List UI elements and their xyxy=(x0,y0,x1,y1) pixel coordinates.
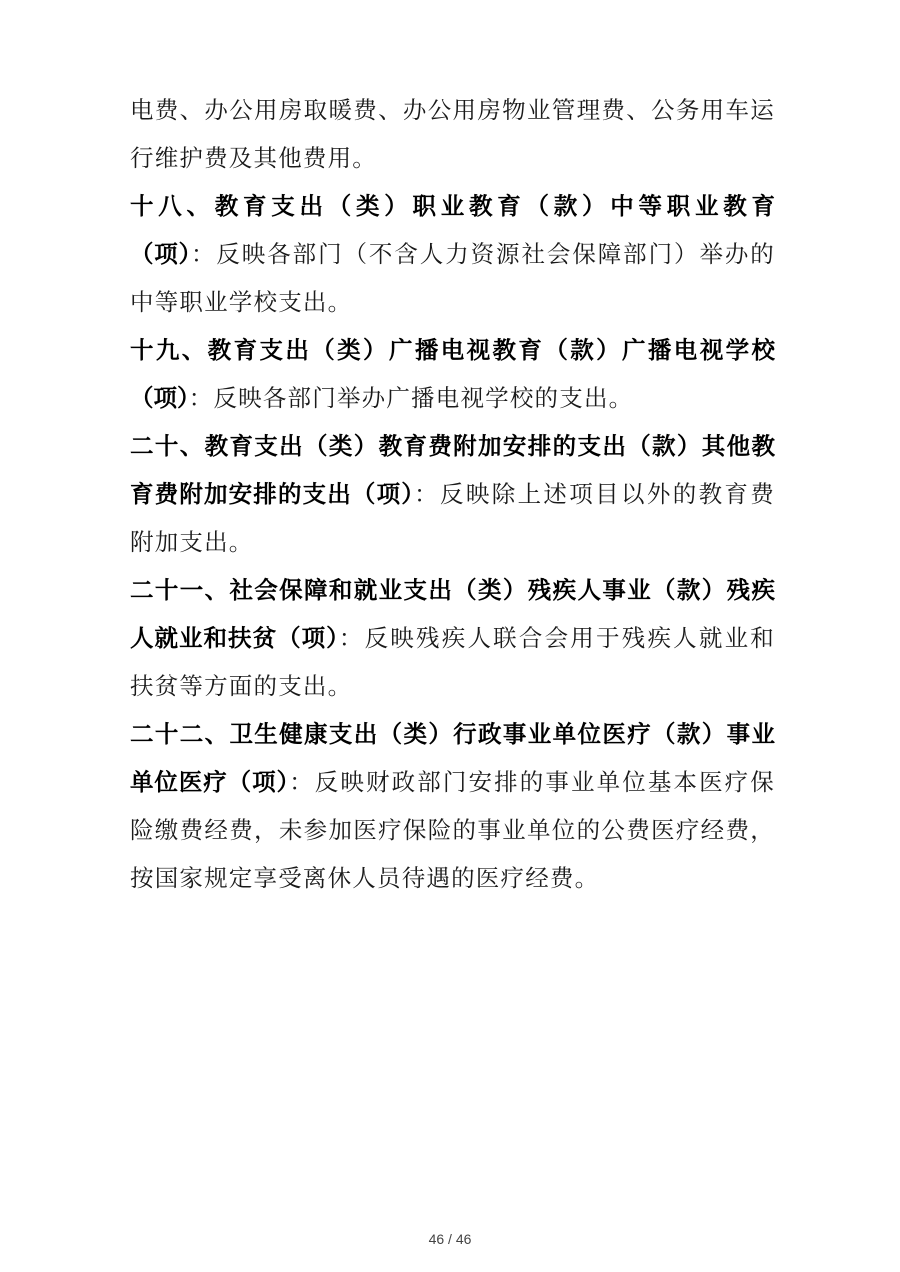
heading-text: 十八、教育支出（类）职业教育（款）中等职业教育 xyxy=(130,192,775,220)
paragraph-line: （项）：反映各部门（不含人力资源社会保障部门）举办的 xyxy=(130,237,775,271)
heading-text: 育费附加安排的支出（项） xyxy=(130,480,414,508)
paragraph-line: 人就业和扶贫（项）：反映残疾人联合会用于残疾人就业和 xyxy=(130,621,775,655)
section-heading-18: 十八、教育支出（类）职业教育（款）中等职业教育 xyxy=(130,189,775,223)
body-text: ：反映各部门（不含人力资源社会保障部门）举办的 xyxy=(191,240,775,268)
document-page: 电费、办公用房取暖费、办公用房物业管理费、公务用车运 行维护费及其他费用。 十八… xyxy=(0,0,900,1272)
paragraph-line: 行维护费及其他费用。 xyxy=(130,141,775,175)
heading-text: （项） xyxy=(130,384,189,412)
section-heading-22: 二十二、卫生健康支出（类）行政事业单位医疗（款）事业 xyxy=(130,717,775,751)
body-text: ：反映残疾人联合会用于残疾人就业和 xyxy=(339,624,775,652)
heading-text: 人就业和扶贫（项） xyxy=(130,624,339,652)
paragraph-line: 育费附加安排的支出（项）：反映除上述项目以外的教育费 xyxy=(130,477,775,511)
body-text: 附加支出。 xyxy=(130,528,254,556)
paragraph-line: 扶贫等方面的支出。 xyxy=(130,669,775,703)
heading-text: （项） xyxy=(130,240,191,268)
paragraph-line: （项）：反映各部门举办广播电视学校的支出。 xyxy=(130,381,775,415)
section-heading-19: 十九、教育支出（类）广播电视教育（款）广播电视学校 xyxy=(130,333,775,367)
body-text: 行维护费及其他费用。 xyxy=(130,144,377,172)
body-text: 电费、办公用房取暖费、办公用房物业管理费、公务用车运 xyxy=(130,96,775,124)
paragraph-line: 单位医疗（项）：反映财政部门安排的事业单位基本医疗保 xyxy=(130,765,775,799)
heading-text: 二十一、社会保障和就业支出（类）残疾人事业（款）残疾 xyxy=(130,576,775,604)
paragraph-line: 附加支出。 xyxy=(130,525,775,559)
body-text: 险缴费经费，未参加医疗保险的事业单位的公费医疗经费， xyxy=(130,816,775,844)
heading-text: 二十、教育支出（类）教育费附加安排的支出（款）其他教 xyxy=(130,432,775,460)
body-text: 中等职业学校支出。 xyxy=(130,288,352,316)
heading-text: 单位医疗（项） xyxy=(130,768,289,796)
body-text: ：反映财政部门安排的事业单位基本医疗保 xyxy=(289,768,775,796)
paragraph-line: 电费、办公用房取暖费、办公用房物业管理费、公务用车运 xyxy=(130,93,775,127)
body-text: ：反映各部门举办广播电视学校的支出。 xyxy=(189,384,634,412)
heading-text: 二十二、卫生健康支出（类）行政事业单位医疗（款）事业 xyxy=(130,720,775,748)
heading-text: 十九、教育支出（类）广播电视教育（款）广播电视学校 xyxy=(130,336,775,364)
section-heading-20: 二十、教育支出（类）教育费附加安排的支出（款）其他教 xyxy=(130,429,775,463)
paragraph-line: 按国家规定享受离休人员待遇的医疗经费。 xyxy=(130,861,775,895)
section-heading-21: 二十一、社会保障和就业支出（类）残疾人事业（款）残疾 xyxy=(130,573,775,607)
paragraph-line: 中等职业学校支出。 xyxy=(130,285,775,319)
body-text: 扶贫等方面的支出。 xyxy=(130,672,352,700)
paragraph-line: 险缴费经费，未参加医疗保险的事业单位的公费医疗经费， xyxy=(130,813,775,847)
page-number: 46 / 46 xyxy=(0,1231,900,1247)
body-text: ：反映除上述项目以外的教育费 xyxy=(414,480,775,508)
body-text: 按国家规定享受离休人员待遇的医疗经费。 xyxy=(130,864,599,892)
